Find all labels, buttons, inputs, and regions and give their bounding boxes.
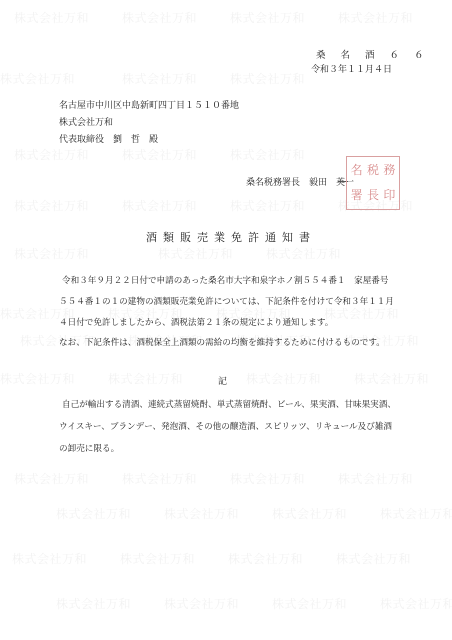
body-paragraph-line: 令和３年９月２２日付で申請のあった桑名市大字和泉字ホノ割５５４番１ 家屋番号 [62,274,388,286]
watermark-text: 株式会社万和 [164,505,239,522]
watermark-text: 株式会社万和 [380,505,452,522]
watermark-text: 株式会社万和 [380,595,452,612]
watermark-text: 株式会社万和 [324,305,399,322]
seal-char: 税 [365,159,380,183]
watermark-text: 株式会社万和 [246,370,321,387]
seal-char: 名 [349,159,364,183]
condition-line: の卸売に限る。 [59,442,119,454]
watermark-text: 株式会社万和 [108,370,183,387]
watermark-text: 株式会社万和 [122,470,197,487]
seal-char: 署 [349,184,364,208]
condition-line: ウイスキー、ブランデー、発泡酒、その他の醸造酒、スピリッツ、リキュール及び雑酒 [59,420,392,432]
body-paragraph-line: なお、下記条件は、酒税保全上酒類の需給の均衡を維持するために付けるものです。 [59,336,385,348]
watermark-text: 株式会社万和 [338,470,413,487]
watermark-text: 株式会社万和 [56,505,131,522]
watermark-text: 株式会社万和 [230,470,305,487]
seal-char: 長 [365,184,380,208]
official-seal-icon: 名 税 務 署 長 印 [346,156,400,210]
watermark-text: 株式会社万和 [12,550,87,567]
watermark-text: 株式会社万和 [122,197,197,214]
watermark-text: 株式会社万和 [122,146,197,163]
watermark-text: 株式会社万和 [0,370,75,387]
watermark-text: 株式会社万和 [354,370,429,387]
watermark-text: 株式会社万和 [14,245,89,262]
watermark-text: 株式会社万和 [122,9,197,26]
seal-char: 務 [382,159,397,183]
watermark-text: 株式会社万和 [120,550,195,567]
watermark-text: 株式会社万和 [14,197,89,214]
watermark-text: 株式会社万和 [14,470,89,487]
watermark-text: 株式会社万和 [0,70,75,87]
body-paragraph-line: ４日付で免許しましたから、酒税法第２１条の規定により通知します。 [59,316,333,328]
watermark-text: 株式会社万和 [228,550,303,567]
watermark-text: 株式会社万和 [14,9,89,26]
watermark-text: 株式会社万和 [158,245,233,262]
watermark-text: 株式会社万和 [272,505,347,522]
reference-number: 桑 名 酒 ６ ６ [316,47,430,61]
watermark-text: 株式会社万和 [336,550,411,567]
recipient-representative: 代表取締役 劉 哲 殿 [59,132,158,145]
watermark-text: 株式会社万和 [230,197,305,214]
watermark-text: 株式会社万和 [14,146,89,163]
watermark-text: 株式会社万和 [338,9,413,26]
watermark-text: 株式会社万和 [266,245,341,262]
ki-heading: 記 [218,374,227,387]
watermark-text: 株式会社万和 [164,595,239,612]
watermark-text: 株式会社万和 [230,146,305,163]
watermark-text: 株式会社万和 [122,70,197,87]
document-title: 酒類販売業免許通知書 [146,229,316,245]
seal-char: 印 [382,184,397,208]
condition-line: 自己が輸出する清酒、連続式蒸留焼酎、単式蒸留焼酎、ビール、果実酒、甘味果実酒、 [62,398,396,410]
body-paragraph-line: ５５４番１の１の建物の酒類販売業免許については、下記条件を付けて令和３年１１月 [59,295,394,307]
watermark-text: 株式会社万和 [56,595,131,612]
recipient-address: 名古屋市中川区中島新町四丁目１５１０番地 [59,98,239,111]
recipient-company: 株式会社万和 [59,115,113,128]
watermark-text: 株式会社万和 [230,9,305,26]
watermark-text: 株式会社万和 [272,595,347,612]
issue-date: 令和３年１１月４日 [311,62,392,75]
watermark-text: 株式会社万和 [230,70,305,87]
